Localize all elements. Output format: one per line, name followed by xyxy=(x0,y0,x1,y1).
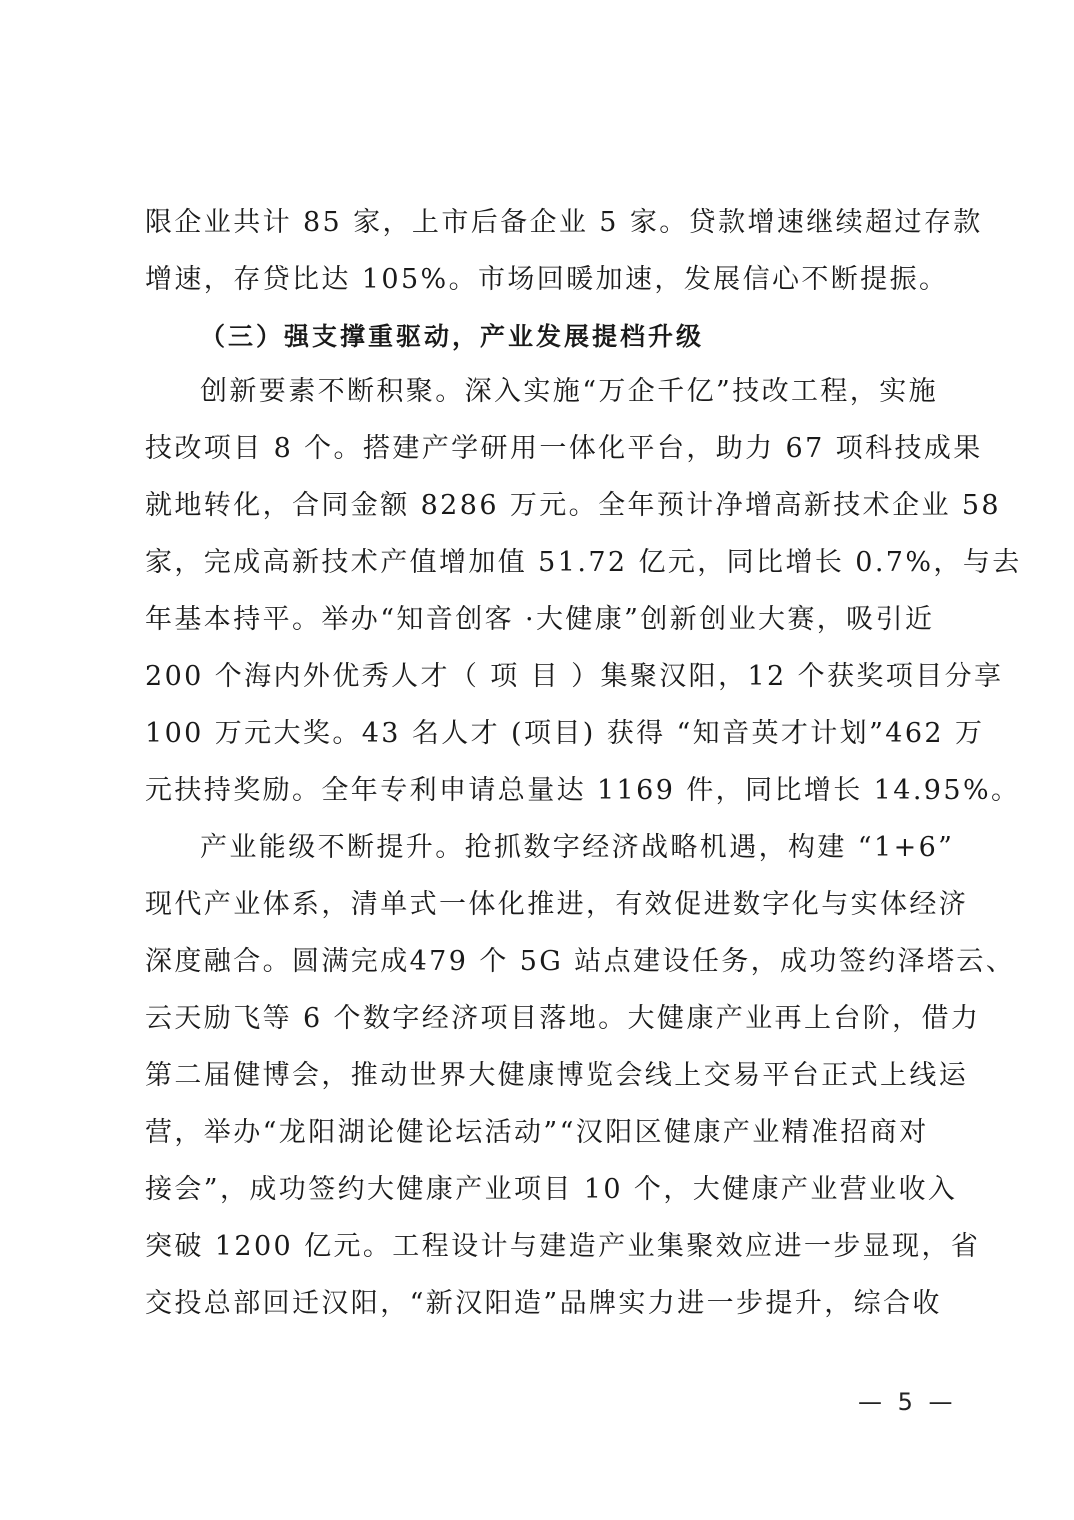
paragraph-start: 产业能级不断提升。抢抓数字经济战略机遇，构建 “1+6” xyxy=(200,833,940,863)
section-heading: （三）强支撑重驱动，产业发展提档升级 xyxy=(200,322,995,352)
text-line: 深度融合。圆满完成479 个 5G 站点建设任务，成功签约泽塔云、 xyxy=(145,947,940,977)
text-line: 技改项目 8 个。搭建产学研用一体化平台，助力 67 项科技成果 xyxy=(145,434,940,464)
text-line: 就地转化，合同金额 8286 万元。全年预计净增高新技术企业 58 xyxy=(145,491,940,521)
page-number: — 5 — xyxy=(858,1388,957,1416)
text-line: 家，完成高新技术产值增加值 51.72 亿元，同比增长 0.7%，与去 xyxy=(145,548,940,578)
text-line: 200 个海内外优秀人才（ 项 目 ）集聚汉阳，12 个获奖项目分享 xyxy=(145,662,940,692)
text-line: 云天励飞等 6 个数字经济项目落地。大健康产业再上台阶，借力 xyxy=(145,1004,940,1034)
text-line: 现代产业体系，清单式一体化推进，有效促进数字化与实体经济 xyxy=(145,890,940,920)
text-line: 交投总部回迁汉阳，“新汉阳造”品牌实力进一步提升，综合收 xyxy=(145,1289,940,1319)
text-line: 100 万元大奖。43 名人才 (项目) 获得 “知音英才计划”462 万 xyxy=(145,719,940,749)
text-line: 第二届健博会，推动世界大健康博览会线上交易平台正式上线运 xyxy=(145,1061,940,1091)
paragraph-start: 创新要素不断积聚。深入实施“万企千亿”技改工程，实施 xyxy=(200,377,940,407)
text-line: 增速，存贷比达 105%。市场回暖加速，发展信心不断提振。 xyxy=(145,265,940,295)
text-line: 接会”，成功签约大健康产业项目 10 个，大健康产业营业收入 xyxy=(145,1175,940,1205)
text-line: 年基本持平。举办“知音创客 ·大健康”创新创业大赛，吸引近 xyxy=(145,605,940,635)
text-line: 突破 1200 亿元。工程设计与建造产业集聚效应进一步显现，省 xyxy=(145,1232,940,1262)
text-line: 限企业共计 85 家，上市后备企业 5 家。贷款增速继续超过存款 xyxy=(145,208,940,238)
text-line: 营，举办“龙阳湖论健论坛活动”“汉阳区健康产业精准招商对 xyxy=(145,1118,940,1148)
text-line: 元扶持奖励。全年专利申请总量达 1169 件，同比增长 14.95%。 xyxy=(145,776,940,806)
